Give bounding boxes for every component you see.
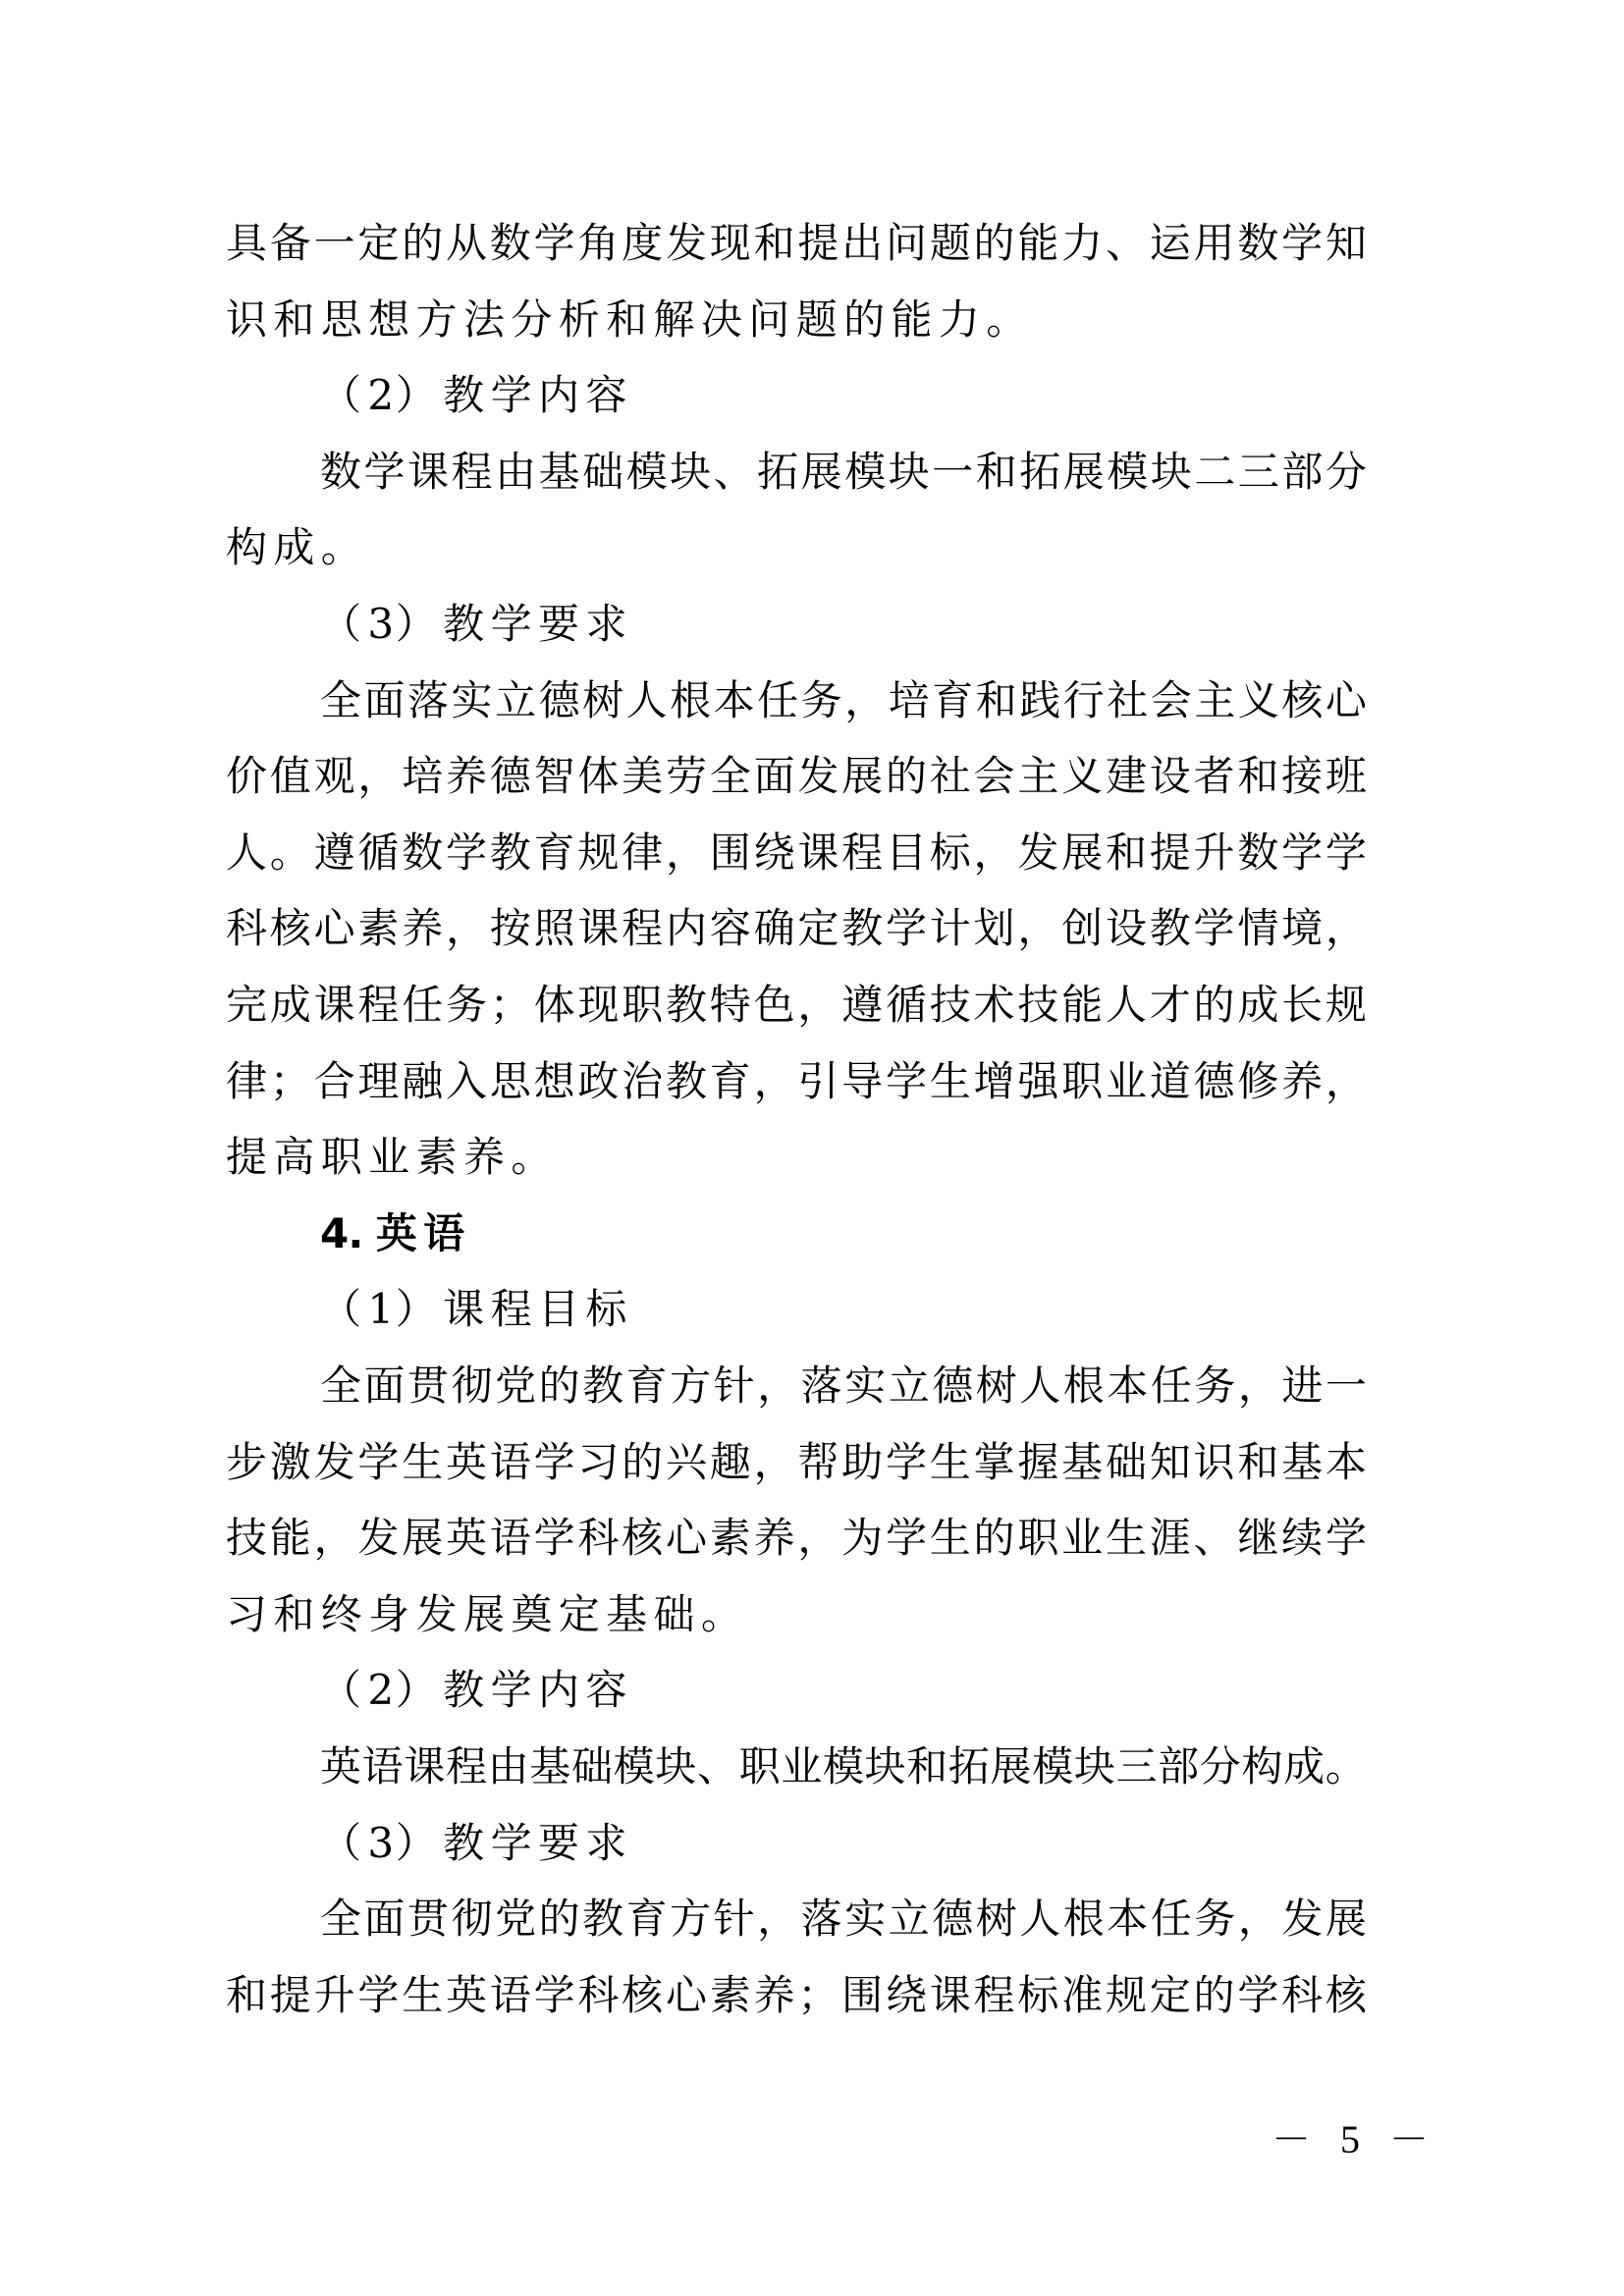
text-line: （2）教学内容	[320, 366, 1367, 425]
text-line: 全面贯彻党的教育方针，落实立德树人根本任务，发展	[320, 1890, 1367, 1949]
text-line: 步激发学生英语学习的兴趣，帮助学生掌握基础知识和基本	[226, 1433, 1367, 1492]
document-page: 具备一定的从数学角度发现和提出问题的能力、运用数学知识和思想方法分析和解决问题的…	[0, 0, 1624, 2296]
text-line: （2）教学内容	[320, 1661, 1367, 1720]
section-heading: 4.英语	[320, 1204, 1367, 1263]
text-line: （3）教学要求	[320, 595, 1367, 654]
text-line: 科核心素养，按照课程内容确定教学计划，创设教学情境，	[226, 899, 1367, 958]
text-line: 具备一定的从数学角度发现和提出问题的能力、运用数学知	[226, 214, 1367, 273]
text-line: （1）课程目标	[320, 1280, 1367, 1339]
text-line: 构成。	[226, 518, 1367, 577]
text-line: 习和终身发展奠定基础。	[226, 1585, 1367, 1644]
page-number: － 5 －	[1272, 2110, 1438, 2169]
text-line: （3）教学要求	[320, 1814, 1367, 1873]
text-line: 提高职业素养。	[226, 1128, 1367, 1187]
text-line: 价值观，培养德智体美劳全面发展的社会主义建设者和接班	[226, 747, 1367, 806]
text-line: 人。遵循数学教育规律，围绕课程目标，发展和提升数学学	[226, 824, 1367, 882]
text-line: 全面落实立德树人根本任务，培育和践行社会主义核心	[320, 671, 1367, 730]
text-line: 数学课程由基础模块、拓展模块一和拓展模块二三部分	[320, 443, 1367, 502]
text-line: 识和思想方法分析和解决问题的能力。	[226, 291, 1367, 349]
text-line: 完成课程任务；体现职教特色，遵循技术技能人才的成长规	[226, 976, 1367, 1035]
text-line: 全面贯彻党的教育方针，落实立德树人根本任务，进一	[320, 1357, 1367, 1415]
text-line: 英语课程由基础模块、职业模块和拓展模块三部分构成。	[320, 1737, 1367, 1796]
text-line: 和提升学生英语学科核心素养；围绕课程标准规定的学科核	[226, 1966, 1367, 2025]
text-line: 技能，发展英语学科核心素养，为学生的职业生涯、继续学	[226, 1509, 1367, 1568]
text-line: 律；合理融入思想政治教育，引导学生增强职业道德修养，	[226, 1052, 1367, 1111]
